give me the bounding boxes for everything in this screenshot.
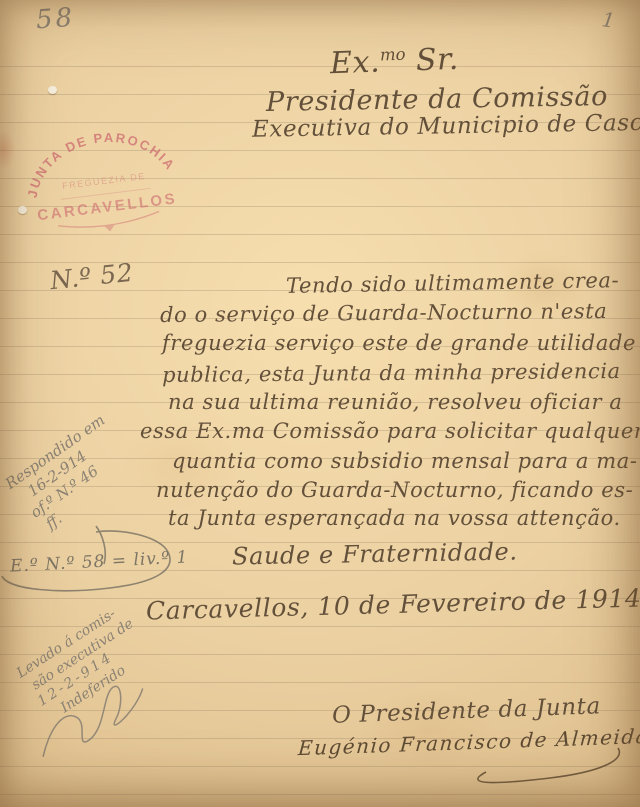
stamp-arc-text: JUNTA DE PAROCHIA (18, 121, 181, 200)
signature-flourish (300, 742, 630, 792)
body-line: freguezia serviço este de grande utilida… (162, 331, 636, 355)
parish-stamp: JUNTA DE PAROCHIA FREGUEZIA DE CARCAVELL… (11, 98, 196, 248)
salutation: Ex.mo Sr. (329, 42, 459, 81)
body-line: publica, esta Junta da minha presidencia (162, 359, 621, 387)
annotation-entry-swoosh (0, 524, 180, 602)
annotation-responded: Respondido em 16-2-914 of.º N.º 46 ff. (2, 411, 141, 540)
page-number: 1 (600, 7, 616, 33)
body-line: ta Junta esperançada na vossa attenção. (168, 506, 621, 530)
stamp-place-text: CARCAVELLOS (36, 190, 178, 224)
body-line: quantia como subsidio mensal para a ma- (172, 449, 638, 473)
body-line: na sua ultima reunião, resolveu oficiar … (168, 390, 623, 414)
closing-salute: Saude e Fraternidade. (232, 538, 518, 571)
signature-title: O Presidente da Junta (332, 693, 602, 728)
punch-hole (48, 86, 57, 94)
corner-folio-number: 58 (35, 3, 76, 36)
stamp-middle-text: FREGUEZIA DE (62, 171, 147, 191)
salutation-pre: Ex. (329, 45, 380, 82)
salutation-post: Sr. (405, 42, 459, 79)
salutation-superscript: mo (380, 45, 406, 65)
body-line: essa Ex.ma Comissão para solicitar qualq… (140, 419, 640, 443)
body-line: Tendo sido ultimamente crea- (286, 268, 620, 298)
document-number: N.º 52 (49, 258, 135, 296)
body-line: do o serviço de Guarda-Nocturno n'esta (160, 299, 608, 327)
document-page: 58 1 JUNTA DE PAROCHIA FREGUEZIA DE CARC… (0, 0, 640, 807)
body-line: nutenção do Guarda-Nocturno, ficando es- (156, 478, 633, 502)
stamp-ornament (104, 225, 115, 232)
place-date-line: Carcavellos, 10 de Fevereiro de 1914 (146, 584, 640, 626)
